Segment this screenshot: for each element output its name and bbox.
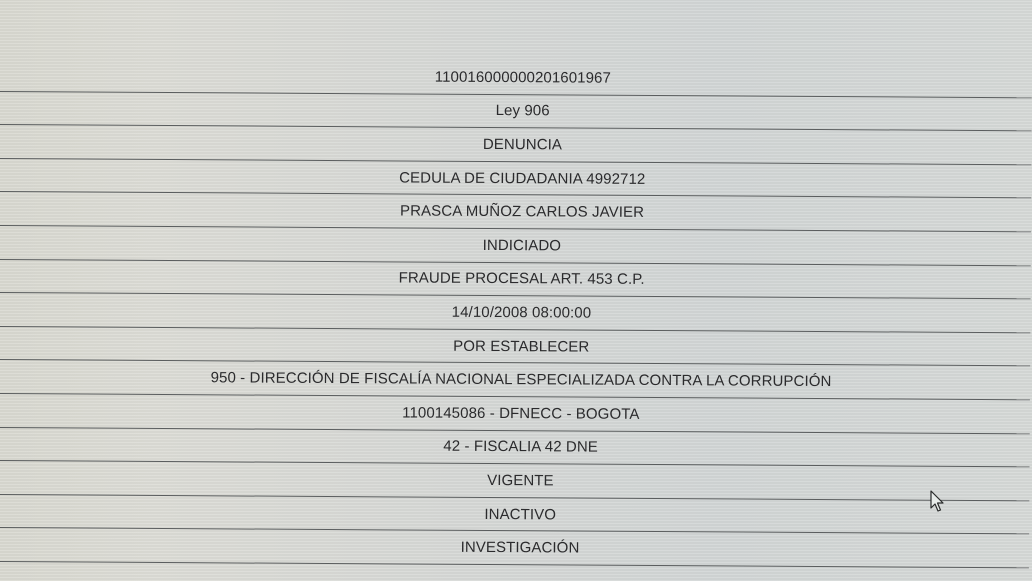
nombre-value: PRASCA MUÑOZ CARLOS JAVIER bbox=[400, 203, 644, 221]
despacho-value: 42 - FISCALIA 42 DNE bbox=[443, 438, 598, 456]
delito-value: FRAUDE PROCESAL ART. 453 C.P. bbox=[399, 270, 645, 289]
estado-value: VIGENTE bbox=[487, 472, 554, 489]
ley-value: Ley 906 bbox=[496, 102, 550, 119]
seccional-value: 950 - DIRECCIÓN DE FISCALÍA NACIONAL ESP… bbox=[211, 369, 832, 390]
estado-actuacion-value: INACTIVO bbox=[484, 505, 556, 522]
calidad-value: INDICIADO bbox=[483, 237, 562, 254]
fecha-hechos-value: 14/10/2008 08:00:00 bbox=[452, 304, 592, 322]
documento-value: CEDULA DE CIUDADANIA 4992712 bbox=[399, 169, 645, 188]
etapa-value: INVESTIGACIÓN bbox=[461, 539, 580, 557]
unidad-value: 1100145086 - DFNECC - BOGOTA bbox=[402, 404, 639, 422]
tipo-noticia-value: DENUNCIA bbox=[483, 136, 562, 153]
radicado-value: 110016000000201601967 bbox=[435, 68, 611, 86]
lugar-value: POR ESTABLECER bbox=[453, 337, 589, 355]
row-etapa: INVESTIGACIÓN bbox=[0, 528, 1029, 568]
record-detail-table: 110016000000201601967 Ley 906 DENUNCIA C… bbox=[0, 58, 1032, 568]
arrow-pointer-icon bbox=[930, 490, 946, 514]
